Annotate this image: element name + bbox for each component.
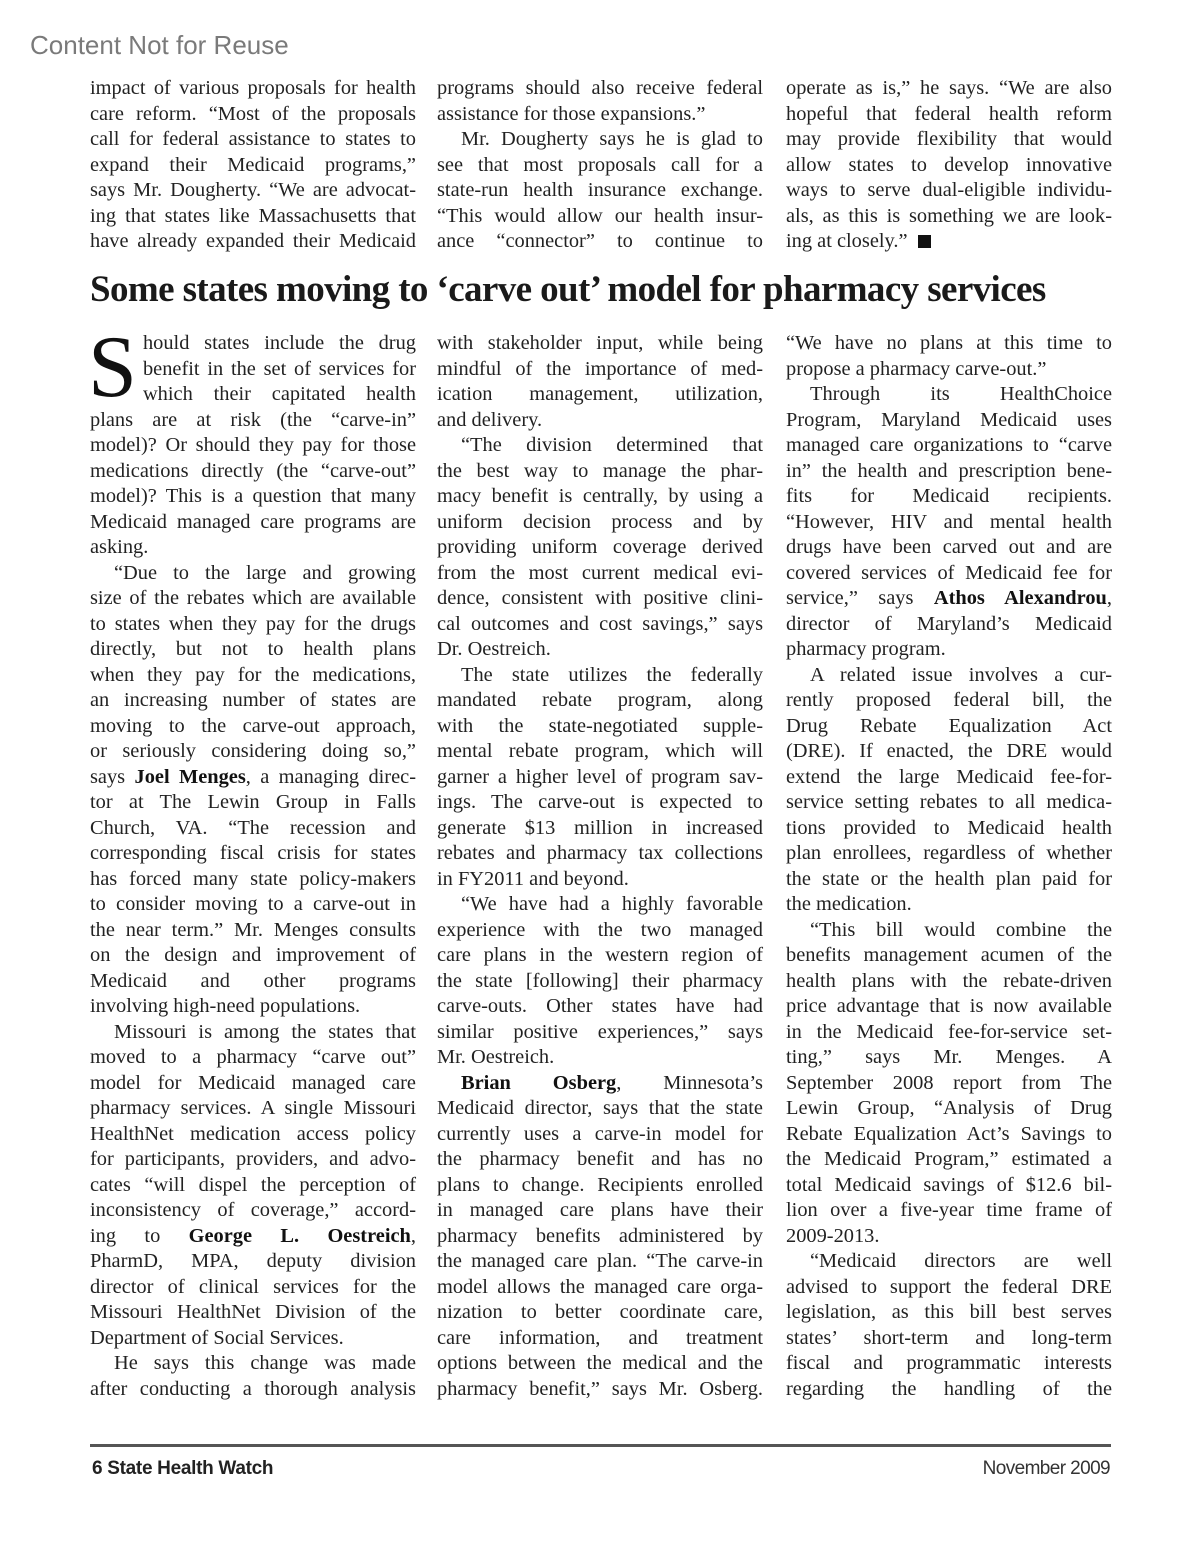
text-line: generate $13 million in increased — [437, 816, 763, 842]
text-line: size of the rebates which are available — [90, 586, 416, 612]
text-line: Drug Rebate Equalization Act — [786, 714, 1112, 740]
text-line: A related issue involves a cur- — [786, 663, 1112, 689]
text-line: ings. The carve-out is expected to — [437, 790, 763, 816]
text-line: fits for Medicaid recipients. — [786, 484, 1112, 510]
text-line: nization to better coordinate care, — [437, 1300, 763, 1326]
text-line: regarding the handling of the — [786, 1377, 1112, 1403]
text-line: benefit in the set of services for — [90, 357, 416, 383]
text-line: or seriously considering doing so,” — [90, 739, 416, 765]
text-line: Mr. Oestreich. — [437, 1045, 763, 1071]
text-line: asking. — [90, 535, 416, 561]
text-line: to consider moving to a carve-out in — [90, 892, 416, 918]
text-line: mandated rebate program, along — [437, 688, 763, 714]
text-line: see that most proposals call for a — [437, 153, 763, 179]
text-line: may provide flexibility that would — [786, 127, 1112, 153]
text-line: ance “connector” to continue to — [437, 229, 763, 255]
text-line: “We have had a highly favorable — [437, 892, 763, 918]
text-line: operate as is,” he says. “We are also — [786, 76, 1112, 102]
person-name-brian-osberg: Brian Osberg — [461, 1072, 616, 1094]
text-line: Mr. Dougherty says he is glad to — [437, 127, 763, 153]
text-line: moved to a pharmacy “carve out” — [90, 1045, 416, 1071]
text-line: Dr. Oestreich. — [437, 637, 763, 663]
text-line: allow states to develop innovative — [786, 153, 1112, 179]
text-line: and delivery. — [437, 408, 763, 434]
text-line: in” the health and prescription bene- — [786, 459, 1112, 485]
text-line: cal outcomes and cost savings,” says — [437, 612, 763, 638]
text-line: propose a pharmacy carve-out.” — [786, 357, 1112, 383]
text-line: PharmD, MPA, deputy division — [90, 1249, 416, 1275]
text-line: “However, HIV and mental health — [786, 510, 1112, 536]
text-line: ting,” says Mr. Menges. A — [786, 1045, 1112, 1071]
text-line: the state [following] their pharmacy — [437, 969, 763, 995]
footer-issue-date: November 2009 — [983, 1458, 1110, 1480]
text-line: Medicaid managed care programs are — [90, 510, 416, 536]
text-line: (DRE). If enacted, the DRE would — [786, 739, 1112, 765]
article-column-1: S hould states include the drug benefit … — [90, 331, 416, 1402]
text-line: “This would allow our health insur- — [437, 204, 763, 230]
text-line: uniform decision process and by — [437, 510, 763, 536]
text-line: hopeful that federal health reform — [786, 102, 1112, 128]
text-line: 2009-2013. — [786, 1224, 1112, 1250]
text-line: ing to George L. Oestreich, — [90, 1224, 416, 1250]
text-line: the medication. — [786, 892, 1112, 918]
text-line: tor at The Lewin Group in Falls — [90, 790, 416, 816]
text-line: tions provided to Medicaid health — [786, 816, 1112, 842]
text-line: when they pay for the medications, — [90, 663, 416, 689]
text-line: hould states include the drug — [90, 331, 416, 357]
text-line: an increasing number of states are — [90, 688, 416, 714]
text-line: benefits management acumen of the — [786, 943, 1112, 969]
watermark: Content Not for Reuse — [30, 30, 289, 61]
text-line: service setting rebates to all medica- — [786, 790, 1112, 816]
person-name-joel-menges: Joel Menges — [135, 766, 246, 788]
text-line: model allows the managed care orga- — [437, 1275, 763, 1301]
text-line: plans to change. Recipients enrolled — [437, 1173, 763, 1199]
text-line: states’ short-term and long-term — [786, 1326, 1112, 1352]
end-of-article-square-icon — [918, 235, 931, 248]
text-line: the best way to manage the phar- — [437, 459, 763, 485]
text-line: plans are at risk (the “carve-in” — [90, 408, 416, 434]
text-line: which their capitated health — [90, 382, 416, 408]
text-line: currently uses a carve-in model for — [437, 1122, 763, 1148]
text-line: Missouri HealthNet Division of the — [90, 1300, 416, 1326]
text-line: call for federal assistance to states to — [90, 127, 416, 153]
article-column-2: with stakeholder input, while being mind… — [437, 331, 763, 1402]
text-line: has forced many state policy-makers — [90, 867, 416, 893]
text-line: Church, VA. “The recession and — [90, 816, 416, 842]
text-line: in FY2011 and beyond. — [437, 867, 763, 893]
text-line: inconsistency of coverage,” accord- — [90, 1198, 416, 1224]
text-line: assistance for those expansions.” — [437, 102, 763, 128]
text-line: macy benefit is centrally, by using a — [437, 484, 763, 510]
text-line: fiscal and programmatic interests — [786, 1351, 1112, 1377]
previous-article-column-2: programs should also receive federal ass… — [437, 76, 763, 255]
text-line: on the design and improvement of — [90, 943, 416, 969]
text-line: care information, and treatment — [437, 1326, 763, 1352]
text-line: the pharmacy benefit and has no — [437, 1147, 763, 1173]
text-line: experience with the two managed — [437, 918, 763, 944]
text-line: dence, consistent with positive clini- — [437, 586, 763, 612]
text-line: plan enrollees, regardless of whether — [786, 841, 1112, 867]
text-line: price advantage that is now available — [786, 994, 1112, 1020]
text-line: total Medicaid savings of $12.6 bil- — [786, 1173, 1112, 1199]
text-line: similar positive experiences,” says — [437, 1020, 763, 1046]
text-line: expand their Medicaid programs,” — [90, 153, 416, 179]
article-column-3: “We have no plans at this time to propos… — [786, 331, 1112, 1402]
text-line: Department of Social Services. — [90, 1326, 416, 1352]
text-line: Medicaid and other programs — [90, 969, 416, 995]
text-line: mental rebate program, which will — [437, 739, 763, 765]
text-line: Missouri is among the states that — [90, 1020, 416, 1046]
drop-cap-block: S hould states include the drug benefit … — [90, 331, 416, 408]
text-line: rently proposed federal bill, the — [786, 688, 1112, 714]
text-line: rebates and pharmacy tax collections — [437, 841, 763, 867]
text-line: directly, but not to health plans — [90, 637, 416, 663]
text-line: model for Medicaid managed care — [90, 1071, 416, 1097]
text-line: care reform. “Most of the proposals — [90, 102, 416, 128]
previous-article-column-3: operate as is,” he says. “We are also ho… — [786, 76, 1112, 255]
text-line: pharmacy services. A single Missouri — [90, 1096, 416, 1122]
text-line: with stakeholder input, while being — [437, 331, 763, 357]
text-line: moving to the carve-out approach, — [90, 714, 416, 740]
text-line: “This bill would combine the — [786, 918, 1112, 944]
text-line: mindful of the importance of med- — [437, 357, 763, 383]
previous-article-column-1: impact of various proposals for health c… — [90, 76, 416, 255]
text-line: the managed care plan. “The carve-in — [437, 1249, 763, 1275]
text-line: ing at closely.” — [786, 229, 1112, 255]
text-line: lion over a five-year time frame of — [786, 1198, 1112, 1224]
text-line: legislation, as this bill best serves — [786, 1300, 1112, 1326]
text-line: covered services of Medicaid fee for — [786, 561, 1112, 587]
text-line: director of clinical services for the — [90, 1275, 416, 1301]
text-line: September 2008 report from The — [786, 1071, 1112, 1097]
text-line: the state or the health plan paid for — [786, 867, 1112, 893]
text-line: providing uniform coverage derived — [437, 535, 763, 561]
text-line: “Due to the large and growing — [90, 561, 416, 587]
text-line: director of Maryland’s Medicaid — [786, 612, 1112, 638]
text-line: als, as this is something we are look- — [786, 204, 1112, 230]
text-line: impact of various proposals for health — [90, 76, 416, 102]
text-line: have already expanded their Medicaid — [90, 229, 416, 255]
text-line: says Joel Menges, a managing direc- — [90, 765, 416, 791]
text-line: for participants, providers, and advo- — [90, 1147, 416, 1173]
text-line: to states when they pay for the drugs — [90, 612, 416, 638]
text-line: Medicaid director, says that the state — [437, 1096, 763, 1122]
text-line: corresponding fiscal crisis for states — [90, 841, 416, 867]
text-line: ing that states like Massachusetts that — [90, 204, 416, 230]
text-line: The state utilizes the federally — [437, 663, 763, 689]
text-line: pharmacy benefit,” says Mr. Osberg. — [437, 1377, 763, 1403]
text-line: He says this change was made — [90, 1351, 416, 1377]
text-line: from the most current medical evi- — [437, 561, 763, 587]
text-line: programs should also receive federal — [437, 76, 763, 102]
text-line: garner a higher level of program sav- — [437, 765, 763, 791]
footer-page-publication: 6 State Health Watch — [92, 1458, 273, 1480]
text-line: model)? This is a question that many — [90, 484, 416, 510]
person-name-athos-alexandrou: Athos Alexandrou — [934, 587, 1107, 609]
text-line: carve-outs. Other states have had — [437, 994, 763, 1020]
text-line: drugs have been carved out and are — [786, 535, 1112, 561]
text-line: state-run health insurance exchange. — [437, 178, 763, 204]
text-line: managed care organizations to “carve — [786, 433, 1112, 459]
text-line: Program, Maryland Medicaid uses — [786, 408, 1112, 434]
text-line: care plans in the western region of — [437, 943, 763, 969]
text-line: model)? Or should they pay for those — [90, 433, 416, 459]
text-line: with the state-negotiated supple- — [437, 714, 763, 740]
text-line: says Mr. Dougherty. “We are advocat- — [90, 178, 416, 204]
text-line: medications directly (the “carve-out” — [90, 459, 416, 485]
text-line: service,” says Athos Alexandrou, — [786, 586, 1112, 612]
text-line: the Medicaid Program,” estimated a — [786, 1147, 1112, 1173]
text-line: in managed care plans have their — [437, 1198, 763, 1224]
text-line: Lewin Group, “Analysis of Drug — [786, 1096, 1112, 1122]
text-line: after conducting a thorough analysis — [90, 1377, 416, 1403]
text-line: Rebate Equalization Act’s Savings to — [786, 1122, 1112, 1148]
text-line: ways to serve dual-eligible individu- — [786, 178, 1112, 204]
text-line: “We have no plans at this time to — [786, 331, 1112, 357]
text-line: Through its HealthChoice — [786, 382, 1112, 408]
text-line: advised to support the federal DRE — [786, 1275, 1112, 1301]
text-line: “Medicaid directors are well — [786, 1249, 1112, 1275]
text-line: pharmacy benefits administered by — [437, 1224, 763, 1250]
text-line: health plans with the rebate-driven — [786, 969, 1112, 995]
text-line: pharmacy program. — [786, 637, 1112, 663]
text-line: Brian Osberg, Minnesota’s — [437, 1071, 763, 1097]
text-line: involving high-need populations. — [90, 994, 416, 1020]
footer-rule — [90, 1444, 1111, 1447]
article-headline: Some states moving to ‘carve out’ model … — [90, 268, 1110, 311]
text-line: extend the large Medicaid fee-for- — [786, 765, 1112, 791]
text-line: options between the medical and the — [437, 1351, 763, 1377]
text-line: “The division determined that — [437, 433, 763, 459]
text-line: the near term.” Mr. Menges consults — [90, 918, 416, 944]
drop-cap: S — [88, 333, 137, 407]
text-line: cates “will dispel the perception of — [90, 1173, 416, 1199]
person-name-george-oestreich: George L. Oestreich — [189, 1225, 411, 1247]
text-line: ication management, utilization, — [437, 382, 763, 408]
text-line: HealthNet medication access policy — [90, 1122, 416, 1148]
text-line: in the Medicaid fee-for-service set- — [786, 1020, 1112, 1046]
